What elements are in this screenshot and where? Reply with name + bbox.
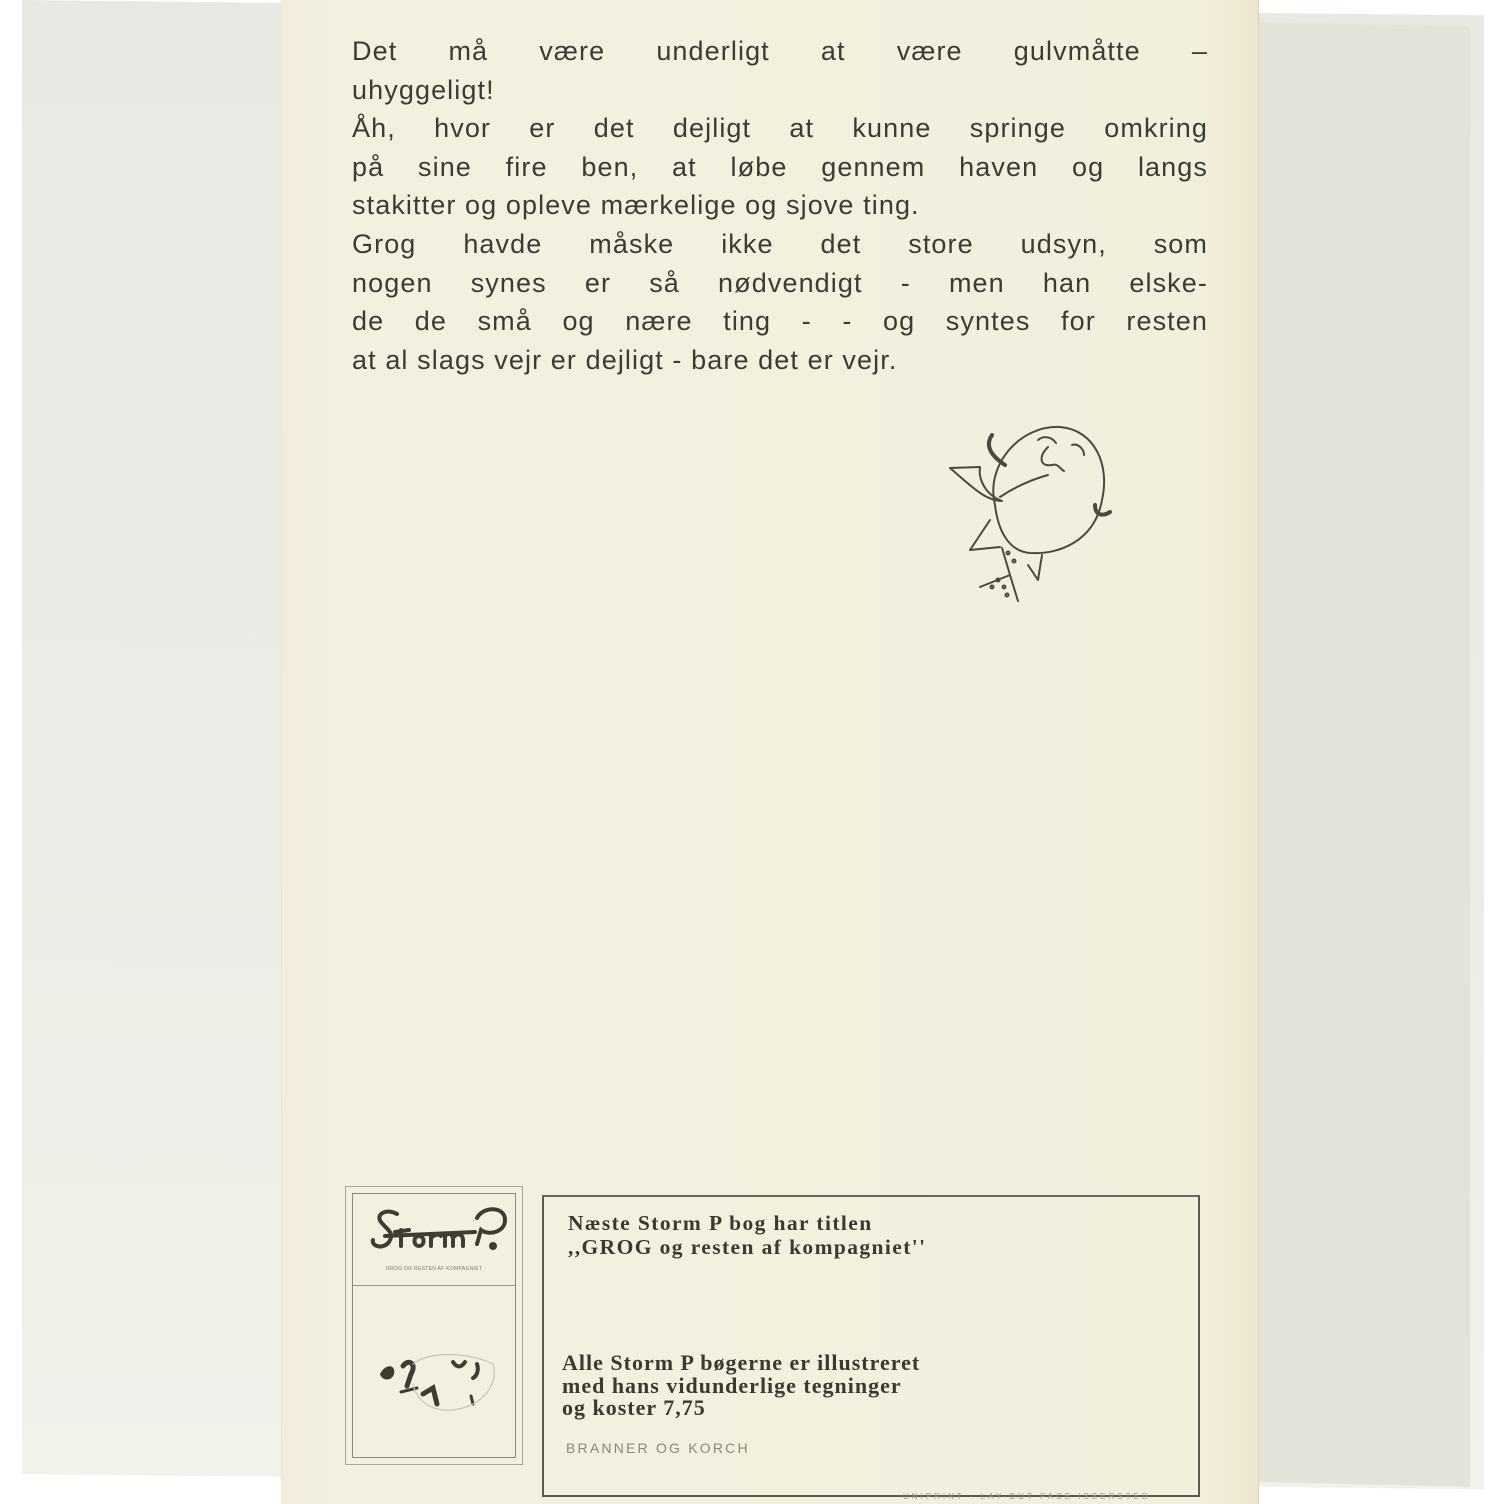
advert-body: Alle Storm P bøgerne er illustreret med …: [562, 1352, 920, 1420]
advert-box: Næste Storm P bog har titlen ,,GROG og r…: [542, 1195, 1200, 1497]
advert-body-line: og koster 7,75: [562, 1397, 920, 1420]
photo-backdrop-right: [1258, 22, 1470, 1487]
body-line: de de små og nære ting - - og syntes for…: [352, 302, 1208, 341]
book-thumbnail-subtitle: GROG OG RESTEN AF KOMPAGNIET: [353, 1266, 515, 1272]
body-line: Åh, hvor er det dejligt at kunne springe…: [352, 109, 1208, 148]
dog-sketch-icon: [373, 1344, 503, 1419]
advert-body-line: med hans vidunderlige tegninger: [562, 1375, 920, 1398]
body-line: Det må være underligt at være gulvmåtte …: [352, 32, 1208, 71]
storm-p-logo-icon: [365, 1200, 515, 1258]
printer-credit: UNIPRINT · LAY-OUT FACE ISBERSTED: [903, 1492, 1151, 1501]
cover-body-text: Det må være underligt at være gulvmåtte …: [352, 32, 1208, 379]
book-thumbnail-frame: GROG OG RESTEN AF KOMPAGNIET: [352, 1193, 516, 1458]
body-line: at al slags vejr er dejligt - bare det e…: [352, 341, 1208, 380]
book-thumbnail: GROG OG RESTEN AF KOMPAGNIET: [345, 1186, 523, 1465]
advert-headline: Næste Storm P bog har titlen ,,GROG og r…: [568, 1211, 927, 1259]
advert-headline-line: Næste Storm P bog har titlen: [568, 1211, 927, 1235]
advert-body-line: Alle Storm P bøgerne er illustreret: [562, 1352, 920, 1375]
body-line: Grog havde måske ikke det store udsyn, s…: [352, 225, 1208, 264]
body-line: nogen synes er så nødvendigt - men han e…: [352, 264, 1208, 303]
advert-publisher: BRANNER OG KORCH: [566, 1440, 750, 1456]
body-line: stakitter og opleve mærkelige og sjove t…: [352, 186, 1208, 225]
caricature-sketch-icon: [930, 405, 1120, 605]
body-line: uhyggeligt!: [352, 71, 1208, 110]
book-thumbnail-divider: [353, 1285, 515, 1286]
body-line: på sine fire ben, at løbe gennem haven o…: [352, 148, 1208, 187]
advert-headline-line: ,,GROG og resten af kompagniet'': [568, 1235, 927, 1259]
